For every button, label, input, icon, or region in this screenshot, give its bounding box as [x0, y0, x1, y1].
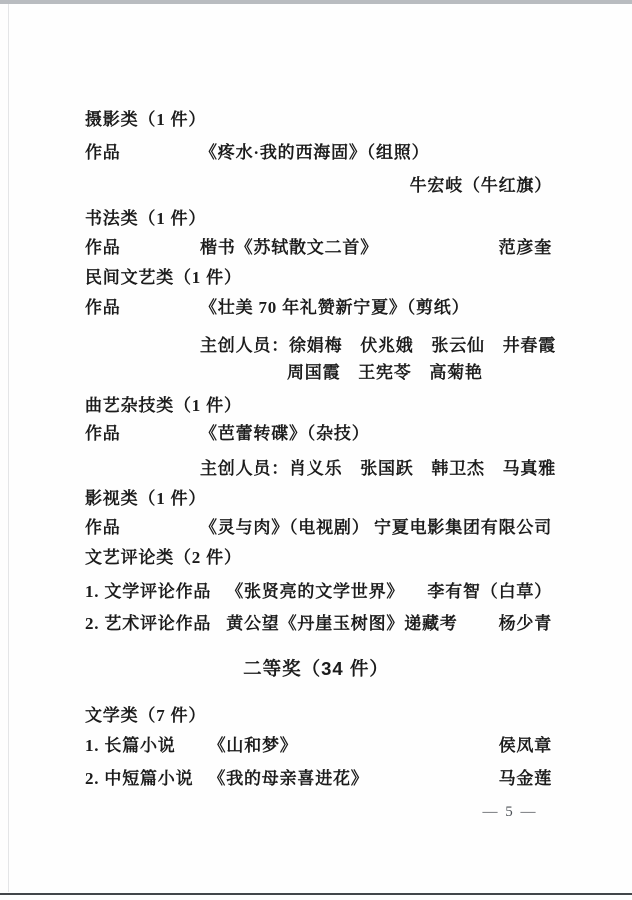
work-title: 黄公望《丹崖玉树图》递藏考: [226, 614, 457, 634]
scan-edge-bottom: [0, 893, 632, 895]
work-label: 作品: [85, 298, 200, 318]
literature-item-row: 1. 长篇小说 《山和梦》 侯凤章: [85, 736, 552, 756]
category-header-calligraphy: 书法类（1 件）: [85, 209, 552, 229]
work-row-folk-art: 作品 《壮美 70 年礼赞新宁夏》（剪纸）: [85, 298, 552, 318]
author-name: 李有智（白草）: [427, 582, 552, 602]
work-label: 作品: [85, 143, 200, 163]
creators-line-folk-art: 主创人员：徐娟梅 伏兆娥 张云仙 井春霞: [200, 336, 572, 356]
item-label: 2. 艺术评论作品: [85, 614, 211, 634]
work-label: 作品: [85, 518, 200, 538]
document-page: 摄影类（1 件） 作品 《疼水·我的西海固》（组照） 牛宏岐（牛红旗） 书法类（…: [0, 0, 632, 900]
second-prize-heading: 二等奖（34 件）: [0, 658, 632, 680]
work-row-quyi-acrobatics: 作品 《芭蕾转碟》（杂技）: [85, 424, 552, 444]
literature-item-row: 2. 中短篇小说 《我的母亲喜进花》 马金莲: [85, 769, 552, 789]
criticism-item-row: 1. 文学评论作品 《张贤亮的文学世界》 李有智（白草）: [85, 582, 552, 602]
work-title: 《张贤亮的文学世界》: [226, 582, 404, 602]
item-label: 1. 长篇小说: [85, 736, 176, 756]
category-header-folk-art: 民间文艺类（1 件）: [85, 268, 552, 288]
category-header-photography: 摄影类（1 件）: [85, 110, 552, 130]
producer-name: 宁夏电影集团有限公司: [374, 518, 552, 538]
item-label: 2. 中短篇小说: [85, 769, 193, 789]
author-name: 范彦奎: [499, 238, 552, 258]
work-row-film-tv: 作品 《灵与肉》（电视剧） 宁夏电影集团有限公司: [85, 518, 552, 538]
work-label: 作品: [85, 238, 200, 258]
item-label: 1. 文学评论作品: [85, 582, 211, 602]
author-photography: 牛宏岐（牛红旗）: [85, 176, 552, 196]
category-header-literature: 文学类（7 件）: [85, 706, 552, 726]
creators-line-folk-art-continued: 周国霞 王宪苓 高菊艳: [287, 363, 572, 383]
work-title: 《壮美 70 年礼赞新宁夏》（剪纸）: [200, 298, 469, 318]
author-name: 侯凤章: [499, 736, 552, 756]
work-row-calligraphy: 作品 楷书《苏轼散文二首》 范彦奎: [85, 238, 552, 258]
work-title: 《疼水·我的西海固》（组照）: [200, 143, 429, 163]
work-title: 《灵与肉》（电视剧）: [200, 518, 370, 538]
category-header-criticism: 文艺评论类（2 件）: [85, 548, 552, 568]
page-number: — 5 —: [445, 804, 575, 821]
work-title: 《芭蕾转碟》（杂技）: [200, 424, 370, 444]
work-row-photography: 作品 《疼水·我的西海固》（组照）: [85, 143, 552, 163]
creators-line-quyi-acrobatics: 主创人员：肖义乐 张国跃 韩卫杰 马真雅: [200, 459, 572, 479]
category-header-quyi-acrobatics: 曲艺杂技类（1 件）: [85, 396, 552, 416]
author-name: 杨少青: [499, 614, 552, 634]
work-title: 《山和梦》: [209, 736, 298, 756]
work-label: 作品: [85, 424, 200, 444]
scan-edge-left: [8, 4, 9, 892]
work-title: 《我的母亲喜进花》: [208, 769, 368, 789]
criticism-item-row: 2. 艺术评论作品 黄公望《丹崖玉树图》递藏考 杨少青: [85, 614, 552, 634]
work-title: 楷书《苏轼散文二首》: [200, 238, 378, 258]
author-name: 马金莲: [499, 769, 552, 789]
category-header-film-tv: 影视类（1 件）: [85, 489, 552, 509]
scan-edge-top: [0, 0, 632, 4]
